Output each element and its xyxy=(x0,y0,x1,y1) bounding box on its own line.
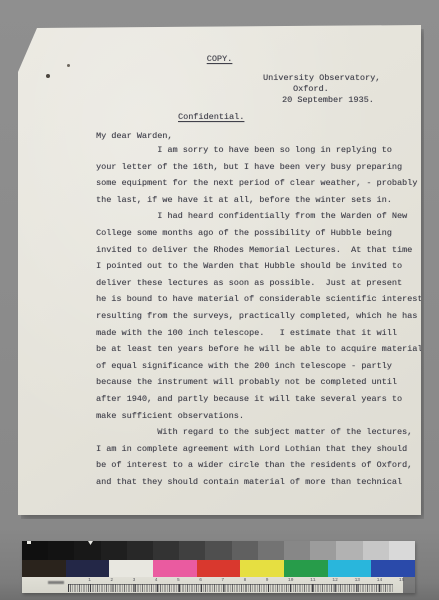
letter-line: College some months ago of the possibili… xyxy=(96,225,426,242)
ruler-number: 15 xyxy=(399,578,404,583)
paper-stain-spot xyxy=(67,64,70,67)
grayscale-step xyxy=(101,541,127,560)
grayscale-step xyxy=(363,541,389,560)
grayscale-step xyxy=(310,541,336,560)
address-line-2: Oxford. xyxy=(293,84,329,95)
color-patch-magenta xyxy=(153,560,197,577)
grayscale-step xyxy=(389,541,415,560)
letter-line: be of interest to a wider circle than th… xyxy=(96,457,426,474)
bar-damage-speck xyxy=(27,541,31,544)
letter-line: deliver these lectures as soon as possib… xyxy=(96,275,426,292)
ruler-number: 4 xyxy=(155,578,158,583)
grayscale-step xyxy=(336,541,362,560)
letter-line: I pointed out to the Warden that Hubble … xyxy=(96,258,426,275)
grayscale-step xyxy=(284,541,310,560)
color-patch-blue xyxy=(371,560,415,577)
color-patch-white xyxy=(109,560,153,577)
grayscale-step xyxy=(127,541,153,560)
letter-line: I am sorry to have been so long in reply… xyxy=(96,142,426,159)
letter-line: I had heard confidentially from the Ward… xyxy=(96,208,426,225)
ruler-ticks xyxy=(68,584,393,592)
letter-line: be at least ten years before he will be … xyxy=(96,341,426,358)
letter-line: With regard to the subject matter of the… xyxy=(96,424,426,441)
ruler-number: 14 xyxy=(377,578,382,583)
letter-line: make sufficient observations. xyxy=(96,408,426,425)
color-patch-navy xyxy=(66,560,110,577)
letter-line: he is bound to have material of consider… xyxy=(96,291,426,308)
ruler-strip: 123456789101112131415 xyxy=(22,577,403,593)
letter-body: I am sorry to have been so long in reply… xyxy=(96,142,426,490)
grayscale-step xyxy=(179,541,205,560)
ruler-number: 12 xyxy=(332,578,337,583)
letter-line: some equipment for the next period of cl… xyxy=(96,175,426,192)
ruler-number: 3 xyxy=(133,578,136,583)
grayscale-step xyxy=(74,541,100,560)
grayscale-step xyxy=(232,541,258,560)
grayscale-step xyxy=(22,541,48,560)
address-line-1: University Observatory, xyxy=(263,73,380,84)
letter-line: your letter of the 16th, but I have been… xyxy=(96,159,426,176)
grayscale-step xyxy=(153,541,179,560)
letter-line: the last, if we have it at all, before t… xyxy=(96,192,426,209)
ruler-label-smudge xyxy=(48,581,64,584)
paper-stain-spot xyxy=(46,74,50,78)
color-patch-green xyxy=(284,560,328,577)
ruler-number: 9 xyxy=(266,578,269,583)
salutation: My dear Warden, xyxy=(96,131,173,142)
color-patch-black-brown xyxy=(22,560,66,577)
letter-line: and that they should contain material of… xyxy=(96,474,426,491)
letter-date: 20 September 1935. xyxy=(282,95,374,106)
confidential-heading: Confidential. xyxy=(178,112,244,123)
ruler-number: 11 xyxy=(310,578,315,583)
letter-line: because the instrument will probably not… xyxy=(96,374,426,391)
grayscale-strip xyxy=(22,541,415,560)
color-patch-cyan xyxy=(328,560,372,577)
ruler-number: 6 xyxy=(199,578,202,583)
ruler-number: 13 xyxy=(355,578,360,583)
letter-line: made with the 100 inch telescope. I esti… xyxy=(96,325,426,342)
letter-line: I am in complete agreement with Lord Lot… xyxy=(96,441,426,458)
ruler-number: 2 xyxy=(110,578,113,583)
ruler-number: 5 xyxy=(177,578,180,583)
scanner-background: COPY. University Observatory, Oxford. 20… xyxy=(0,0,439,600)
ruler-number: 7 xyxy=(221,578,224,583)
color-patch-red xyxy=(197,560,241,577)
letter-line: of equal significance with the 200 inch … xyxy=(96,358,426,375)
copy-heading: COPY. xyxy=(18,54,421,65)
letter-line: after 1940, and partly because it will t… xyxy=(96,391,426,408)
letter-line: resulting from the surveys, practically … xyxy=(96,308,426,325)
color-patch-yellow xyxy=(240,560,284,577)
letter-page: COPY. University Observatory, Oxford. 20… xyxy=(18,25,421,515)
grayscale-step xyxy=(48,541,74,560)
ruler-number: 8 xyxy=(244,578,247,583)
calibration-bar: 123456789101112131415 xyxy=(22,541,415,593)
ruler-number: 10 xyxy=(288,578,293,583)
letter-line: invited to deliver the Rhodes Memorial L… xyxy=(96,242,426,259)
grayscale-step xyxy=(258,541,284,560)
ruler-number: 1 xyxy=(88,578,91,583)
grayscale-step xyxy=(205,541,231,560)
color-patch-strip xyxy=(22,560,415,577)
